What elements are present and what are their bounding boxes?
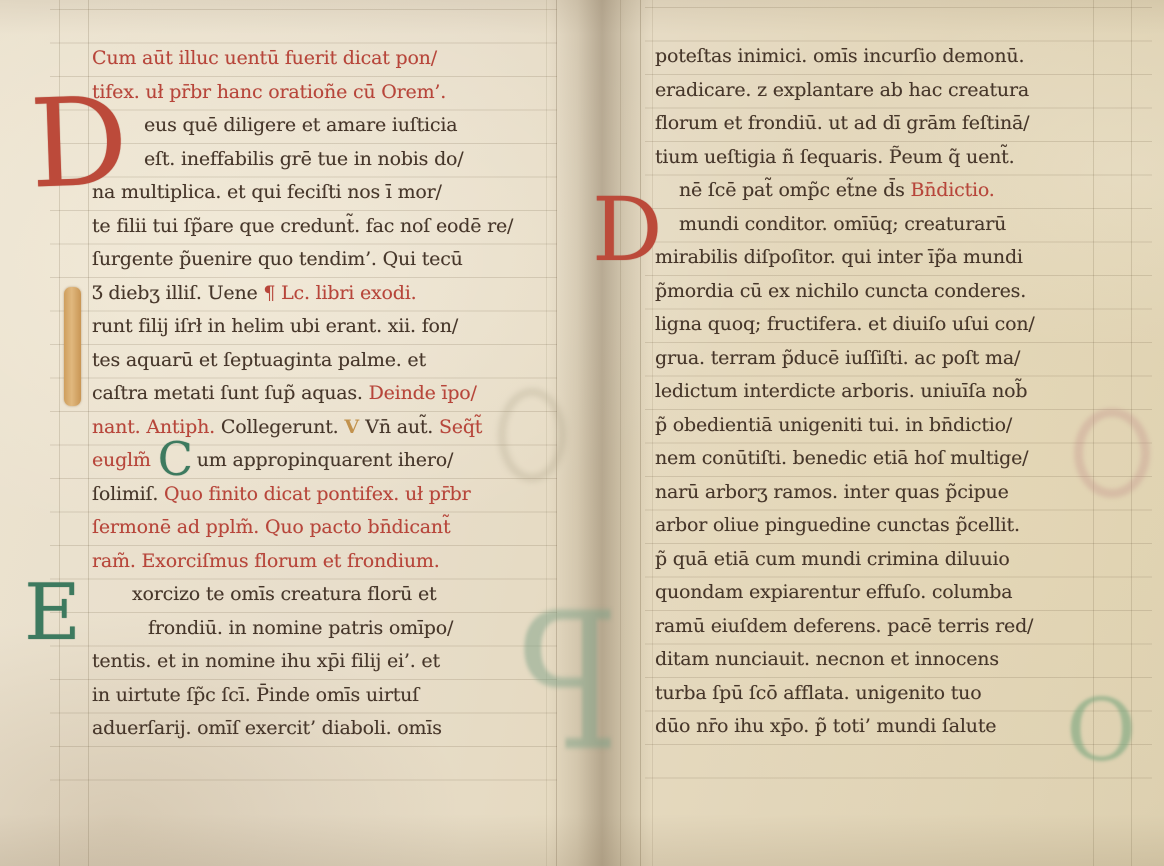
text-segment: eſt. ineffabilis grē tue in nobis do/ xyxy=(144,148,463,170)
text-segment: nē ſcē pat̃ omp̃c et̃ne d̄s xyxy=(679,179,911,201)
text-line: nē ſcē pat̃ omp̃c et̃ne d̄s Bn̄dictio. xyxy=(655,174,1129,208)
text-segment: te filii tui ſp̃are que credunt̃. fac no… xyxy=(92,215,513,237)
text-line: ſurgente p̃uenire quo tendim’. Qui tecū xyxy=(92,243,566,277)
text-segment: florum et frondiū. ut ad dī grām feſtinā… xyxy=(655,112,1029,134)
text-segment: Vn̄ aut̃. xyxy=(365,416,439,438)
text-line: euglm̃Cum appropinquarent ihero/ xyxy=(92,444,566,478)
text-line: tentis. et in nomine ihu xp̄i filij ei’.… xyxy=(92,645,566,679)
text-line: mirabilis diſpoſitor. qui inter īp̃a mun… xyxy=(655,241,1129,275)
text-line: ledictum interdicte arboris. uniuīſa nob… xyxy=(655,375,1129,409)
text-line: ſolimiſ. Quo finito dicat pontifex. uł p… xyxy=(92,478,566,512)
text-segment: ram̃. Exorciſmus florum et frondium. xyxy=(92,550,440,572)
text-line: ram̃. Exorciſmus florum et frondium. xyxy=(92,545,566,579)
text-line: tifex. uł pr̄br hanc oratioñe cū Orem’. xyxy=(92,76,566,110)
text-segment: nant. Antiph. xyxy=(92,416,221,438)
text-segment: arbor oliue pinguedine cunctas p̃cellit. xyxy=(655,514,1020,536)
text-segment: in uirtute ſp̃c ſcī. P̄inde omīs uirtuſ xyxy=(92,684,419,706)
text-segment: eradicare. z explantare ab hac creatura xyxy=(655,79,1029,101)
text-segment: ditam nunciauit. necnon et innocens xyxy=(655,648,999,670)
text-segment: Ʒ diebʒ illiſ. Uene xyxy=(92,282,263,304)
text-segment: p̃ obedientiā unigeniti tui. in bn̄dicti… xyxy=(655,414,1012,436)
text-line: runt filij iſrł in helim ubi erant. xii.… xyxy=(92,310,566,344)
text-line: ditam nunciauit. necnon et innocens xyxy=(655,643,1129,677)
text-segment: ſolimiſ. xyxy=(92,483,164,505)
text-segment: euglm̃ xyxy=(92,449,151,471)
text-segment: ſurgente p̃uenire quo tendim’. Qui tecū xyxy=(92,248,463,270)
text-segment: Bn̄dictio. xyxy=(911,179,995,201)
text-segment: tes aquarū et ſeptuaginta palme. et xyxy=(92,349,426,371)
text-segment: Collegerunt. xyxy=(221,416,344,438)
text-line: nem conūtiſti. benedic etiā hoſ multige/ xyxy=(655,442,1129,476)
text-line: dūo nr̄o ihu xp̄o. p̃ toti’ mundi ſalute xyxy=(655,710,1129,744)
text-segment: aduerſarij. omīſ exercit’ diaboli. omīs xyxy=(92,717,442,739)
text-line: arbor oliue pinguedine cunctas p̃cellit. xyxy=(655,509,1129,543)
text-line: grua. terram p̃ducē iuſſiſti. ac poſt ma… xyxy=(655,342,1129,376)
text-line: tium ueſtigia ñ ſequaris. P̃eum q̃ uent̃… xyxy=(655,141,1129,175)
text-line: xorcizo te omīs creatura florū et xyxy=(92,578,566,612)
text-line: mundi conditor. omīūq; creaturarū xyxy=(655,208,1129,242)
text-segment: mundi conditor. omīūq; creaturarū xyxy=(679,213,1006,235)
text-segment: tentis. et in nomine ihu xp̄i filij ei’.… xyxy=(92,650,440,672)
initial-letter-e-green: E xyxy=(24,574,81,652)
text-line: turba ſpū ſcō afflata. unigenito tuo xyxy=(655,677,1129,711)
manuscript-spread: P O D E D Cum aūt illuc uentū fuerit dic… xyxy=(0,0,1164,866)
text-segment: runt filij iſrł in helim ubi erant. xii.… xyxy=(92,315,458,337)
text-line: eſt. ineffabilis grē tue in nobis do/ xyxy=(92,143,566,177)
text-line: in uirtute ſp̃c ſcī. P̄inde omīs uirtuſ xyxy=(92,679,566,713)
text-segment: quondam expiarentur effuſo. columba xyxy=(655,581,1012,603)
ruling-vertical xyxy=(1131,0,1132,866)
text-segment: p̃ quā etiā cum mundi crimina diluuio xyxy=(655,548,1010,570)
text-segment: narū arborʒ ramos. inter quas p̃cipue xyxy=(655,481,1009,503)
text-line: ramū eiuſdem deferens. pacē terris red/ xyxy=(655,610,1129,644)
text-line: p̃mordia cū ex nichilo cuncta conderes. xyxy=(655,275,1129,309)
text-line: quondam expiarentur effuſo. columba xyxy=(655,576,1129,610)
text-segment: um appropinquarent ihero/ xyxy=(197,449,453,471)
text-line: ſermonē ad pplm̃. Quo pacto bn̄dicant̃ xyxy=(92,511,566,545)
text-segment: dūo nr̄o ihu xp̄o. p̃ toti’ mundi ſalute xyxy=(655,715,996,737)
text-segment: nem conūtiſti. benedic etiā hoſ multige/ xyxy=(655,447,1028,469)
text-segment: Seq̃t̃ xyxy=(439,416,482,438)
text-line: eus quē diligere et amare iuſticia xyxy=(92,109,566,143)
page-edge-line xyxy=(620,0,621,866)
text-line: frondiū. in nomine patris omīpo/ xyxy=(92,612,566,646)
text-line: na multiplica. et qui feciſti nos ī mor/ xyxy=(92,176,566,210)
text-segment: eus quē diligere et amare iuſticia xyxy=(144,114,457,136)
text-segment: Cum aūt illuc uentū fuerit dicat pon/ xyxy=(92,47,437,69)
right-page-text-column: poteſtas inimici. omīs incurſio demonū.e… xyxy=(655,40,1129,744)
text-segment: caſtra metati ſunt ſup̃ aquas. xyxy=(92,382,369,404)
text-line: Ʒ diebʒ illiſ. Uene ¶ Lc. libri exodi. xyxy=(92,277,566,311)
text-segment: tium ueſtigia ñ ſequaris. P̃eum q̃ uent̃… xyxy=(655,146,1014,168)
text-segment: ¶ Lc. libri exodi. xyxy=(263,282,416,304)
text-segment: poteſtas inimici. omīs incurſio demonū. xyxy=(655,45,1024,67)
text-line: p̃ quā etiā cum mundi crimina diluuio xyxy=(655,543,1129,577)
text-line: eradicare. z explantare ab hac creatura xyxy=(655,74,1129,108)
text-segment: turba ſpū ſcō afflata. unigenito tuo xyxy=(655,682,981,704)
page-edge-line xyxy=(640,0,641,866)
text-line: poteſtas inimici. omīs incurſio demonū. xyxy=(655,40,1129,74)
initial-letter-i-tan xyxy=(64,287,81,406)
text-line: Cum aūt illuc uentū fuerit dicat pon/ xyxy=(92,42,566,76)
text-line: te filii tui ſp̃are que credunt̃. fac no… xyxy=(92,210,566,244)
text-segment: xorcizo te omīs creatura florū et xyxy=(132,583,437,605)
ruling-vertical xyxy=(652,0,653,866)
text-line: aduerſarij. omīſ exercit’ diaboli. omīs xyxy=(92,712,566,746)
text-segment: na multiplica. et qui feciſti nos ī mor/ xyxy=(92,181,442,203)
text-segment: mirabilis diſpoſitor. qui inter īp̃a mun… xyxy=(655,246,1023,268)
initial-letter-d-red-right: D xyxy=(592,186,663,274)
text-segment: ledictum interdicte arboris. uniuīſa nob… xyxy=(655,380,1027,402)
text-segment: ramū eiuſdem deferens. pacē terris red/ xyxy=(655,615,1033,637)
text-line: florum et frondiū. ut ad dī grām feſtinā… xyxy=(655,107,1129,141)
text-segment: p̃mordia cū ex nichilo cuncta conderes. xyxy=(655,280,1026,302)
text-line: ligna quoq; fructifera. et diuiſo uſui c… xyxy=(655,308,1129,342)
text-segment: ligna quoq; fructifera. et diuiſo uſui c… xyxy=(655,313,1035,335)
text-line: narū arborʒ ramos. inter quas p̃cipue xyxy=(655,476,1129,510)
text-segment: grua. terram p̃ducē iuſſiſti. ac poſt ma… xyxy=(655,347,1020,369)
text-segment: V xyxy=(344,416,365,438)
text-line: p̃ obedientiā unigeniti tui. in bn̄dicti… xyxy=(655,409,1129,443)
text-segment: tifex. uł pr̄br hanc oratioñe cū Orem’. xyxy=(92,81,446,103)
text-segment: Deinde īpo/ xyxy=(369,382,477,404)
text-segment: ſermonē ad pplm̃. Quo pacto bn̄dicant̃ xyxy=(92,516,450,538)
text-line: tes aquarū et ſeptuaginta palme. et xyxy=(92,344,566,378)
text-line: caſtra metati ſunt ſup̃ aquas. Deinde īp… xyxy=(92,377,566,411)
text-segment: Quo finito dicat pontifex. uł pr̄br xyxy=(164,483,470,505)
text-segment: frondiū. in nomine patris omīpo/ xyxy=(148,617,453,639)
left-page-text-column: Cum aūt illuc uentū fuerit dicat pon/tif… xyxy=(92,42,566,746)
